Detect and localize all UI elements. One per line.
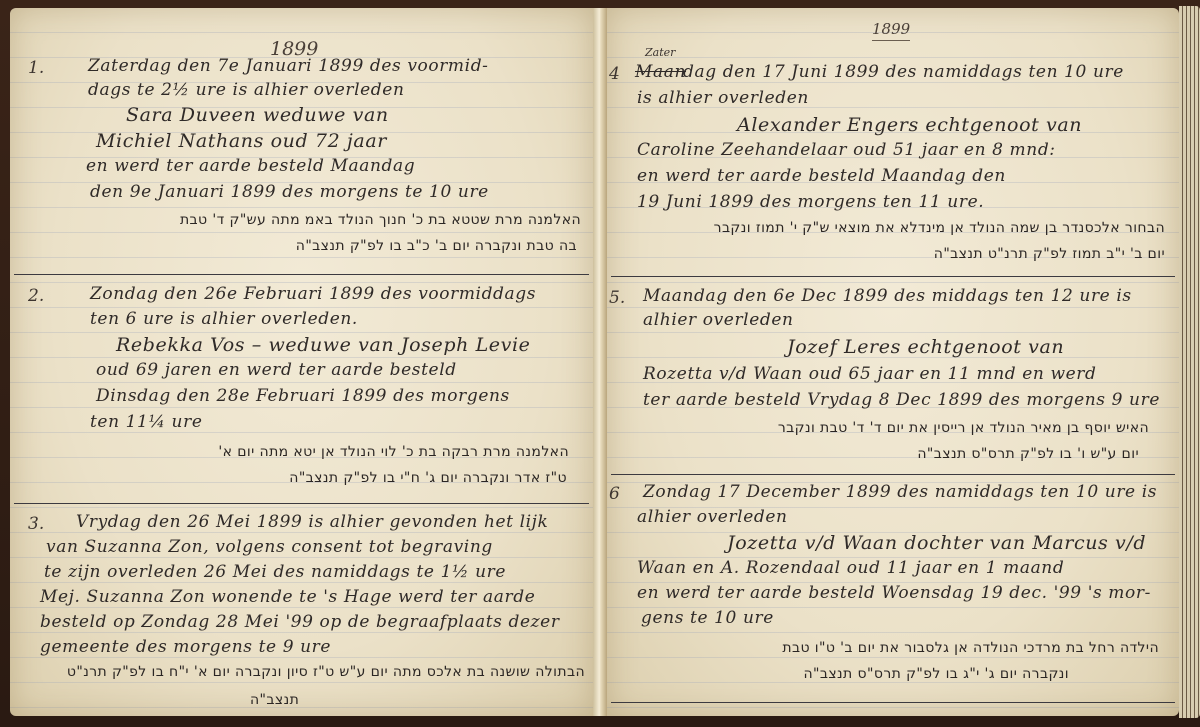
entry-line: Zondag den 26e Februari 1899 des voormid… bbox=[90, 284, 536, 304]
ledger-book: 1899 1. Zaterdag den 7e Januari 1899 des… bbox=[0, 0, 1200, 727]
deceased-name-line: Jozetta v/d Waan dochter van Marcus v/d bbox=[727, 532, 1146, 554]
entry-number: 3. bbox=[28, 514, 44, 534]
hebrew-line: בה טבת ונקברה יום ב' כ"ב בו לפ"ק תנצב"ה bbox=[296, 238, 577, 254]
entry-line: 19 Juni 1899 des morgens ten 11 ure. bbox=[637, 192, 984, 212]
entry-number: 5. bbox=[609, 288, 625, 308]
correction-note: Zater bbox=[645, 46, 675, 59]
hebrew-line: ט"ז אדר ונקברה יום ג' ח"י בו לפ"ק תנצב"ה bbox=[289, 470, 567, 486]
entry-line: Mej. Suzanna Zon wonende te 's Hage werd… bbox=[40, 587, 535, 607]
hebrew-line: הבחור אלכסנדר בן שמה הנולד אן מינדלא את … bbox=[714, 220, 1165, 236]
hebrew-line: האלמנה מרת שטטא בת כ' חנוך הנולד באמ מתה… bbox=[180, 212, 581, 228]
entry-separator bbox=[611, 474, 1175, 475]
hebrew-line: האיש יוסף בן מאיר הנולד אן רייסין את יום… bbox=[778, 420, 1149, 436]
entry-line: besteld op Zondag 28 Mei '99 op de begra… bbox=[40, 612, 560, 632]
entry-line: Dinsdag den 28e Februari 1899 des morgen… bbox=[96, 386, 510, 406]
entry-separator bbox=[14, 503, 589, 504]
entry-line: te zijn overleden 26 Mei des namiddags t… bbox=[44, 562, 506, 582]
entry-line: oud 69 jaren en werd ter aarde besteld bbox=[96, 360, 457, 380]
hebrew-line: יום ע"ש ו' בו לפ"ק תרס"ס תנצב"ה bbox=[917, 446, 1139, 462]
entry-separator bbox=[611, 702, 1175, 703]
entry-number: 1. bbox=[28, 58, 44, 78]
entry-number: 4 bbox=[609, 64, 620, 84]
entry-line: Rozetta v/d Waan oud 65 jaar en 11 mnd e… bbox=[643, 364, 1097, 384]
entry-line: den 9e Januari 1899 des morgens te 10 ur… bbox=[90, 182, 489, 202]
entry-line: gens te 10 ure bbox=[641, 608, 774, 628]
hebrew-line: תנצב"ה bbox=[250, 692, 299, 708]
entry-separator bbox=[14, 274, 589, 275]
entry-line: ten 6 ure is alhier overleden. bbox=[90, 309, 358, 329]
entry-line: en werd ter aarde besteld Maandag den bbox=[637, 166, 1006, 186]
entry-line: ten 11¼ ure bbox=[90, 412, 203, 432]
book-spine bbox=[593, 8, 607, 716]
entry-line: Caroline Zeehandelaar oud 51 jaar en 8 m… bbox=[637, 140, 1056, 160]
struck-word: Maan bbox=[635, 62, 686, 82]
entry-line: Waan en A. Rozendaal oud 11 jaar en 1 ma… bbox=[637, 558, 1064, 578]
deceased-name-line: Sara Duveen weduwe van bbox=[126, 104, 389, 126]
entry-line: gemeente des morgens te 9 ure bbox=[40, 637, 331, 657]
entry-line: alhier overleden bbox=[643, 310, 794, 330]
entry-line: ter aarde besteld Vrydag 8 Dec 1899 des … bbox=[643, 390, 1160, 410]
year-header: 1899 bbox=[872, 20, 910, 41]
right-page: 1899 4 Zater Maan dag den 17 Juni 1899 d… bbox=[607, 8, 1179, 716]
page-edges bbox=[1179, 6, 1200, 718]
hebrew-line: יום ב' י"ב תמוז לפ"ק תרנ"ט תנצב"ה bbox=[934, 246, 1165, 262]
hebrew-line: ונקברה יום ג' י"ג בו לפ"ק תרס"ס תנצב"ה bbox=[803, 666, 1069, 682]
deceased-name-line: Rebekka Vos – weduwe van Joseph Levie bbox=[116, 334, 531, 356]
entry-line: en werd ter aarde besteld Woensdag 19 de… bbox=[637, 583, 1151, 603]
deceased-name-line: Jozef Leres echtgenoot van bbox=[787, 336, 1064, 358]
entry-line: dag den 17 Juni 1899 des namiddags ten 1… bbox=[683, 62, 1124, 82]
deceased-name-line: Alexander Engers echtgenoot van bbox=[737, 114, 1082, 136]
entry-line: Zaterdag den 7e Januari 1899 des voormid… bbox=[88, 56, 489, 76]
entry-line: Maandag den 6e Dec 1899 des middags ten … bbox=[643, 286, 1132, 306]
entry-number: 6 bbox=[609, 484, 620, 504]
entry-line: alhier overleden bbox=[637, 507, 788, 527]
entry-line: Zondag 17 December 1899 des namiddags te… bbox=[643, 482, 1157, 502]
entry-line: en werd ter aarde besteld Maandag bbox=[86, 156, 415, 176]
entry-separator bbox=[611, 276, 1175, 277]
entry-line: Michiel Nathans oud 72 jaar bbox=[96, 130, 387, 152]
entry-line: van Suzanna Zon, volgens consent tot beg… bbox=[46, 537, 493, 557]
entry-line: Vrydag den 26 Mei 1899 is alhier gevonde… bbox=[76, 512, 548, 532]
hebrew-line: הילדה רחל בת מרדכי הנולדה אן גלסבור את י… bbox=[782, 640, 1159, 656]
entry-number: 2. bbox=[28, 286, 44, 306]
entry-line: is alhier overleden bbox=[637, 88, 809, 108]
hebrew-line: האלמנה מרת רבקה בת כ' לוי הנולד אן יטא מ… bbox=[218, 444, 569, 460]
entry-line: dags te 2½ ure is alhier overleden bbox=[88, 80, 405, 100]
left-page: 1899 1. Zaterdag den 7e Januari 1899 des… bbox=[10, 8, 593, 716]
hebrew-line: הבתולה שושנה בת אלכס מתה יום ע"ש ט"ז סיו… bbox=[67, 664, 585, 680]
